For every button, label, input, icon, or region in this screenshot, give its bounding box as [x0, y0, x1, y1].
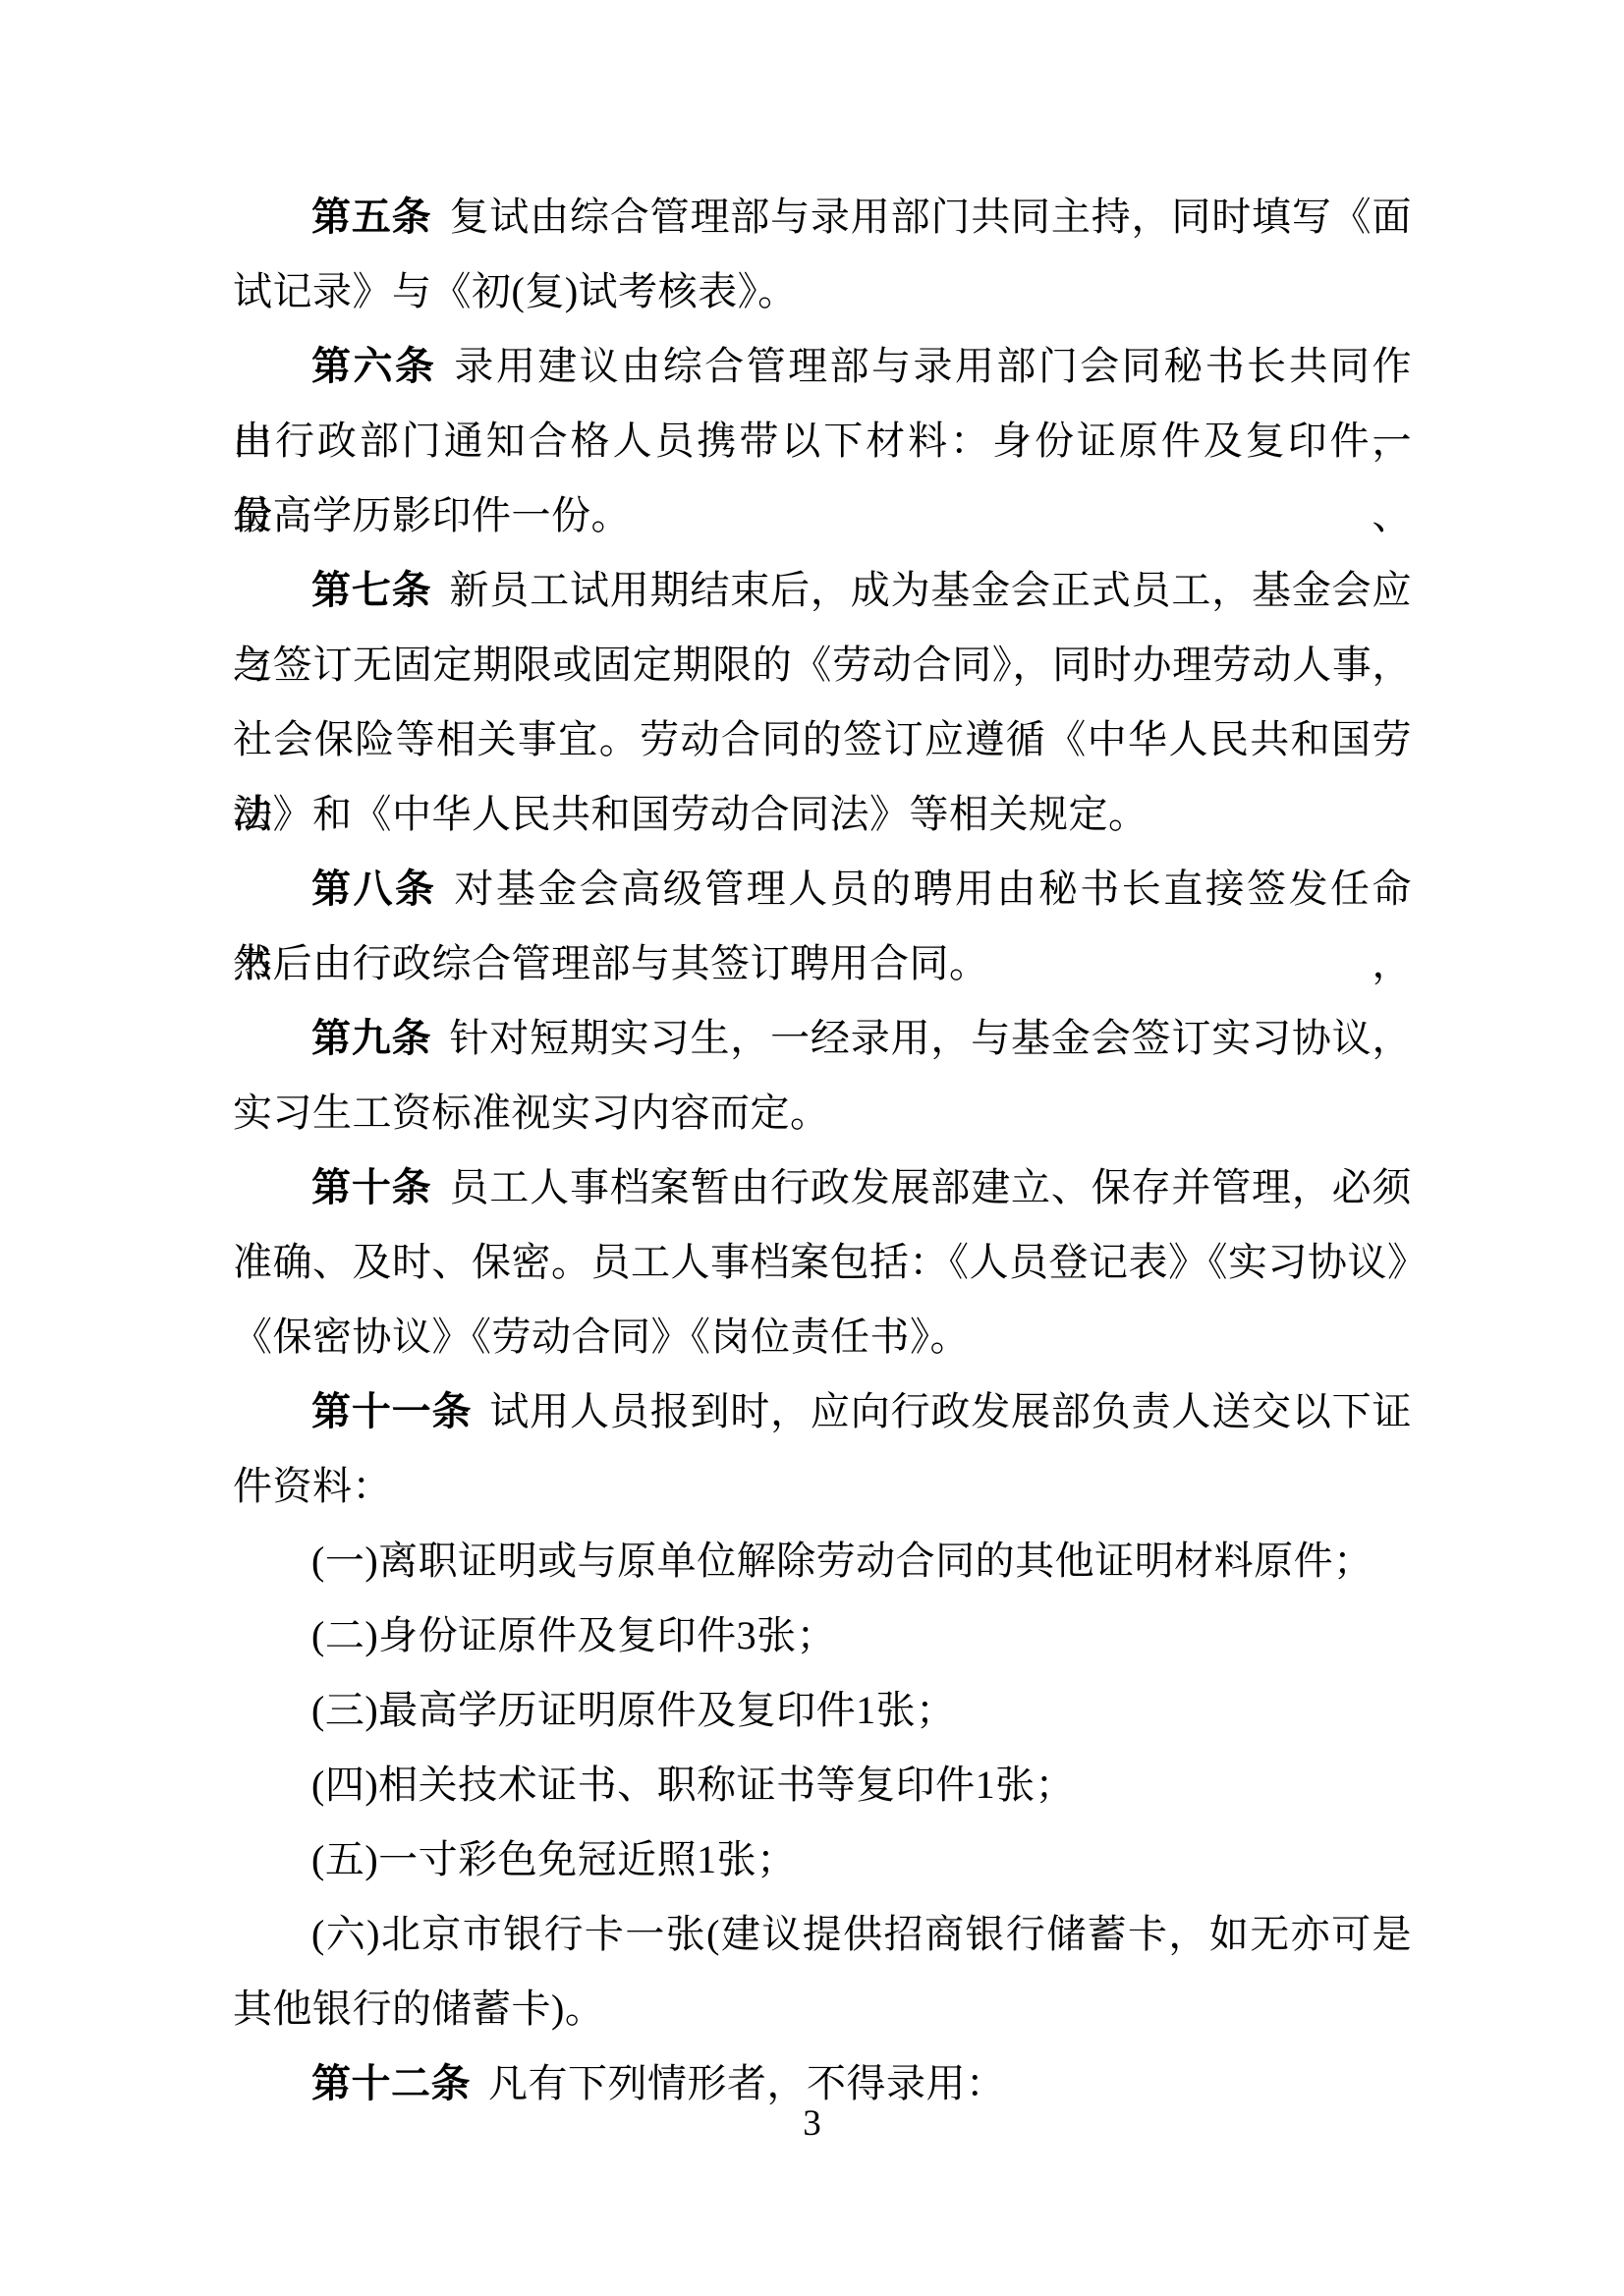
- text-line: (一)离职证明或与原单位解除劳动合同的其他证明材料原件；: [233, 1524, 1412, 1598]
- article-line: 第十一条试用人员报到时，应向行政发展部负责人送交以下证: [233, 1374, 1412, 1449]
- article-line: 第六条录用建议由综合管理部与录用部门会同秘书长共同作出，: [233, 329, 1412, 404]
- line-text: 准确、及时、保密。员工人事档案包括：《人员登记表》《实习协议》: [233, 1240, 1428, 1284]
- text-line: 其他银行的储蓄卡)。: [233, 1972, 1412, 2046]
- line-text: 件资料：: [233, 1464, 392, 1508]
- line-text: 针对短期实习生，一经录用，与基金会签订实习协议，: [449, 1016, 1412, 1060]
- article-number-label: 第十一条: [233, 1390, 472, 1433]
- article-number-label: 第七条: [233, 569, 431, 612]
- line-text: (二)身份证原件及复印件3张；: [233, 1613, 836, 1657]
- line-text: (六)北京市银行卡一张(建议提供招商银行储蓄卡，如无亦可是: [233, 1912, 1412, 1956]
- text-line: 试记录》与《初(复)试考核表》。: [233, 254, 1412, 329]
- article-number-label: 第八条: [233, 868, 436, 911]
- line-text: 然后由行政综合管理部与其签订聘用合同。: [233, 941, 989, 985]
- article-line: 第七条新员工试用期结束后，成为基金会正式员工，基金会应与: [233, 553, 1412, 628]
- text-line: (四)相关技术证书、职称证书等复印件1张；: [233, 1748, 1412, 1822]
- line-text: 之签订无固定期限或固定期限的《劳动合同》，同时办理劳动人事，: [233, 643, 1412, 687]
- line-text: (一)离职证明或与原单位解除劳动合同的其他证明材料原件；: [233, 1539, 1373, 1583]
- line-text: 最高学历影印件一份。: [233, 493, 631, 537]
- text-line: 《保密协议》《劳动合同》《岗位责任书》。: [233, 1300, 1412, 1374]
- text-line: 法》和《中华人民共和国劳动合同法》等相关规定。: [233, 777, 1412, 852]
- line-text: 复试由综合管理部与录用部门共同主持，同时填写《面: [449, 195, 1412, 239]
- line-text: 法》和《中华人民共和国劳动合同法》等相关规定。: [233, 792, 1148, 836]
- document-body: 第五条复试由综合管理部与录用部门共同主持，同时填写《面试记录》与《初(复)试考核…: [233, 180, 1412, 2121]
- article-number-label: 第十条: [233, 1166, 431, 1209]
- document-page: 第五条复试由综合管理部与录用部门共同主持，同时填写《面试记录》与《初(复)试考核…: [0, 0, 1624, 2296]
- article-number-label: 第六条: [233, 345, 436, 388]
- text-line: 社会保险等相关事宜。劳动合同的签订应遵循《中华人民共和国劳动: [233, 702, 1412, 777]
- line-text: 试用人员报到时，应向行政发展部负责人送交以下证: [489, 1389, 1412, 1433]
- line-text: (五)一寸彩色免冠近照1张；: [233, 1837, 797, 1881]
- text-line: (六)北京市银行卡一张(建议提供招商银行储蓄卡，如无亦可是: [233, 1897, 1412, 1972]
- text-line: 件资料：: [233, 1449, 1412, 1524]
- line-text: 实习生工资标准视实习内容而定。: [233, 1091, 830, 1135]
- line-text: (四)相关技术证书、职称证书等复印件1张；: [233, 1763, 1075, 1807]
- line-text: 其他银行的储蓄卡)。: [233, 1987, 604, 2031]
- article-line: 第八条对基金会高级管理人员的聘用由秘书长直接签发任命书，: [233, 852, 1412, 926]
- article-number-label: 第五条: [233, 196, 431, 239]
- text-line: 实习生工资标准视实习内容而定。: [233, 1076, 1412, 1150]
- article-line: 第十条员工人事档案暂由行政发展部建立、保存并管理，必须: [233, 1150, 1412, 1225]
- article-line: 第九条针对短期实习生，一经录用，与基金会签订实习协议，: [233, 1001, 1412, 1076]
- text-line: (五)一寸彩色免冠近照1张；: [233, 1822, 1412, 1897]
- article-number-label: 第九条: [233, 1017, 431, 1060]
- article-line: 第五条复试由综合管理部与录用部门共同主持，同时填写《面: [233, 180, 1412, 254]
- line-text: 《保密协议》《劳动合同》《岗位责任书》。: [233, 1315, 970, 1359]
- line-text: 员工人事档案暂由行政发展部建立、保存并管理，必须: [449, 1165, 1412, 1209]
- line-text: 试记录》与《初(复)试考核表》。: [233, 269, 798, 313]
- text-line: 准确、及时、保密。员工人事档案包括：《人员登记表》《实习协议》: [233, 1225, 1412, 1300]
- page-number: 3: [0, 2093, 1624, 2156]
- line-text: (三)最高学历证明原件及复印件1张；: [233, 1688, 956, 1732]
- text-line: 由行政部门通知合格人员携带以下材料：身份证原件及复印件一份、: [233, 404, 1412, 478]
- text-line: (三)最高学历证明原件及复印件1张；: [233, 1673, 1412, 1748]
- text-line: 之签订无固定期限或固定期限的《劳动合同》，同时办理劳动人事，: [233, 628, 1412, 702]
- text-line: (二)身份证原件及复印件3张；: [233, 1598, 1412, 1673]
